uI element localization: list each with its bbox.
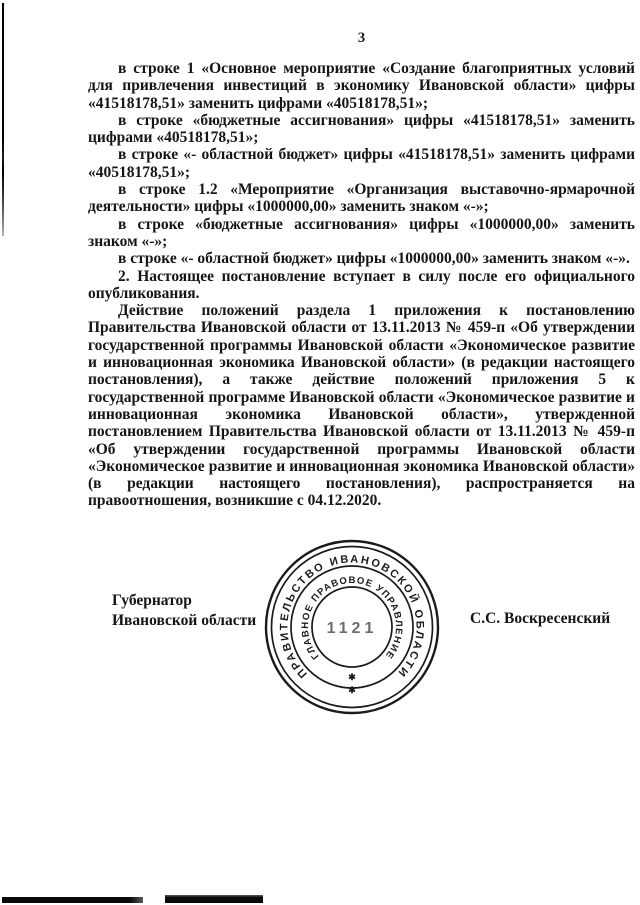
decree-paragraph: в строке «- областной бюджет» цифры «415… <box>88 146 635 181</box>
stamp-seal-icon: ПРАВИТЕЛЬСТВО ИВАНОВСКОЙ ОБЛАСТИ ГЛАВНОЕ… <box>257 532 447 722</box>
decree-paragraph: 2. Настоящее постановление вступает в си… <box>88 268 635 303</box>
decree-paragraph: в строке 1.2 «Мероприятие «Организация в… <box>88 181 635 216</box>
decree-paragraph: в строке 1 «Основное мероприятие «Создан… <box>88 60 635 112</box>
official-stamp: ПРАВИТЕЛЬСТВО ИВАНОВСКОЙ ОБЛАСТИ ГЛАВНОЕ… <box>257 532 447 722</box>
signature-title-line2: Ивановской области <box>112 611 256 631</box>
decree-paragraph: в строке «- областной бюджет» цифры «100… <box>88 250 635 267</box>
star-icon: ✱ <box>348 685 356 695</box>
document-page: 3 в строке 1 «Основное мероприятие «Созд… <box>0 0 640 905</box>
decree-paragraph: в строке «бюджетные ассигнования» цифры … <box>88 216 635 251</box>
signature-title-line1: Губернатор <box>112 591 256 611</box>
decree-paragraph: в строке «бюджетные ассигнования» цифры … <box>88 112 635 147</box>
decree-paragraph: Действие положений раздела 1 приложения … <box>88 302 635 510</box>
decree-body: в строке 1 «Основное мероприятие «Создан… <box>88 60 635 510</box>
bottom-black-bar-left <box>2 897 143 903</box>
signature-title: Губернатор Ивановской области <box>112 591 256 631</box>
signature-name: С.С. Воскресенский <box>470 610 610 628</box>
stamp-inner-ring-text: ГЛАВНОЕ ПРАВОВОЕ УПРАВЛЕНИЕ <box>300 575 404 661</box>
left-scan-artifact-line <box>2 3 4 236</box>
stamp-outer-ring-text: ПРАВИТЕЛЬСТВО ИВАНОВСКОЙ ОБЛАСТИ <box>278 553 425 680</box>
page-number: 3 <box>88 30 635 47</box>
star-icon: ✱ <box>348 672 356 682</box>
bottom-black-bar-right <box>165 895 263 903</box>
stamp-center-number: 1121 <box>327 620 378 637</box>
